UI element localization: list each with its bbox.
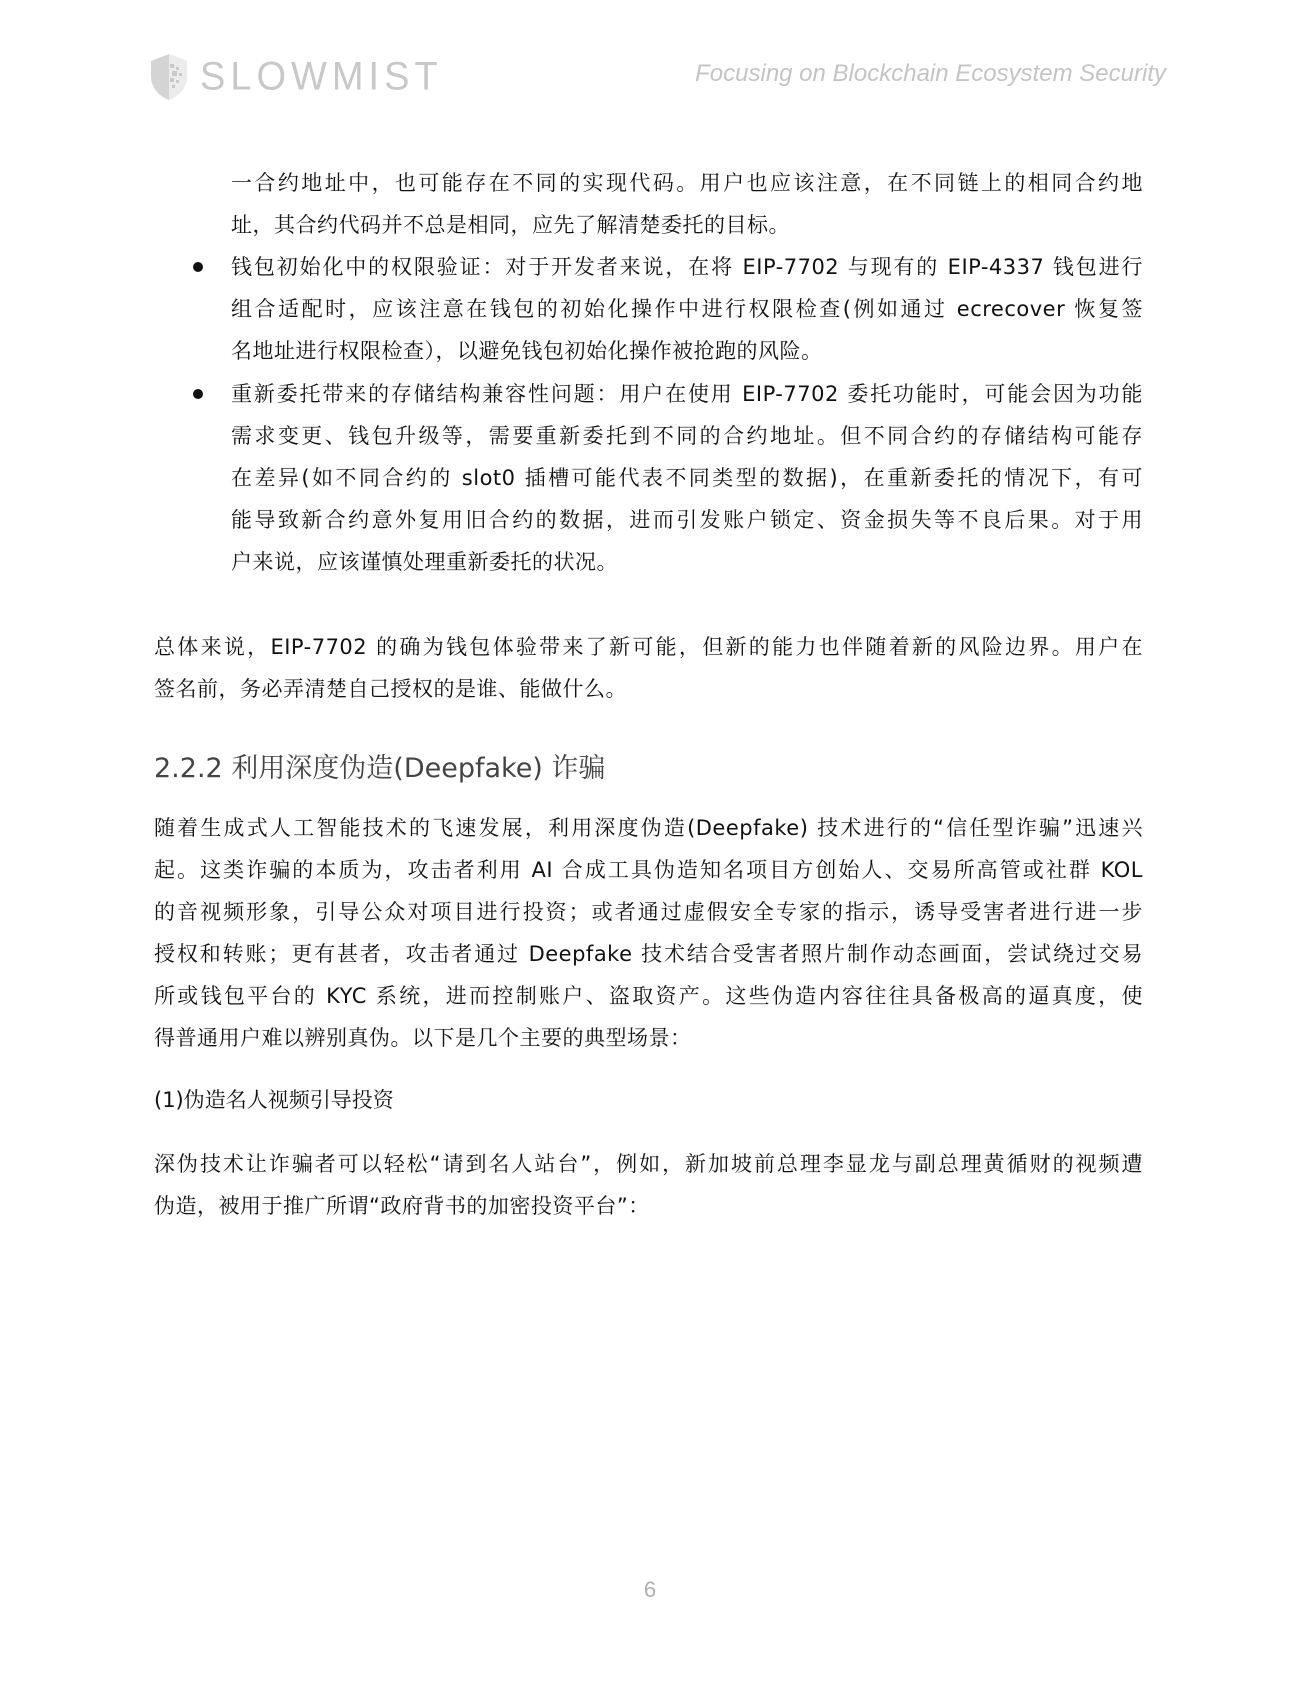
intro-paragraph-line: 的音视频形象，引导公众对项目进行投资；或者通过虚假安全专家的指示，诱导受害者进行… [154,897,1143,927]
bullet-item-line: 需求变更、钱包升级等，需要重新委托到不同的合约地址。但不同合约的存储结构可能存 [231,421,1143,451]
page-number: 6 [0,1577,1300,1603]
bullet-item-line: 钱包初始化中的权限验证：对于开发者来说，在将 EIP-7702 与现有的 EIP… [231,252,1143,282]
bullet-continuation-line: 一合约地址中，也可能存在不同的实现代码。用户也应该注意，在不同链上的相同合约地 [231,168,1143,198]
example-paragraph-line: 深伪技术让诈骗者可以轻松“请到名人站台”，例如，新加坡前总理李显龙与副总理黄循财… [154,1149,1143,1179]
intro-paragraph-line: 得普通用户难以辨别真伪。以下是几个主要的典型场景： [154,1023,1143,1053]
intro-paragraph-line: 所或钱包平台的 KYC 系统，进而控制账户、盗取资产。这些伪造内容往往具备极高的… [154,981,1143,1011]
summary-paragraph-line: 签名前，务必弄清楚自己授权的是谁、能做什么。 [154,674,1143,704]
bullet-item-line: 组合适配时，应该注意在钱包的初始化操作中进行权限检查(例如通过 ecrecove… [231,294,1143,324]
shield-logo-icon [148,52,190,102]
bullet-item-line: 能导致新合约意外复用旧合约的数据，进而引发账户锁定、资金损失等不良后果。对于用 [231,505,1143,535]
logo-wordmark: SLOWMIST [200,54,443,99]
bullet-marker [193,389,203,399]
intro-paragraph-line: 起。这类诈骗的本质为，攻击者利用 AI 合成工具伪造知名项目方创始人、交易所高管… [154,855,1143,885]
header-tagline: Focusing on Blockchain Ecosystem Securit… [695,60,1166,88]
example-paragraph-line: 伪造，被用于推广所谓“政府背书的加密投资平台”： [154,1191,1143,1221]
intro-paragraph-line: 随着生成式人工智能技术的飞速发展，利用深度伪造(Deepfake) 技术进行的“… [154,813,1143,843]
intro-paragraph-line: 授权和转账；更有甚者，攻击者通过 Deepfake 技术结合受害者照片制作动态画… [154,939,1143,969]
bullet-item-line: 重新委托带来的存储结构兼容性问题：用户在使用 EIP-7702 委托功能时，可能… [231,379,1143,409]
slowmist-logo: SLOWMIST [148,50,443,104]
bullet-marker [193,262,203,272]
bullet-item-line: 名地址进行权限检查），以避免钱包初始化操作被抢跑的风险。 [231,336,1143,366]
bullet-item-line: 户来说，应该谨慎处理重新委托的状况。 [231,547,1143,577]
scenario-subheading: (1)伪造名人视频引导投资 [154,1085,394,1115]
section-heading: 2.2.2 利用深度伪造(Deepfake) 诈骗 [154,751,605,787]
bullet-continuation-line: 址，其合约代码并不总是相同，应先了解清楚委托的目标。 [231,210,1143,240]
summary-paragraph-line: 总体来说，EIP-7702 的确为钱包体验带来了新可能，但新的能力也伴随着新的风… [154,632,1143,662]
bullet-item-line: 在差异(如不同合约的 slot0 插槽可能代表不同类型的数据)，在重新委托的情况… [231,463,1143,493]
